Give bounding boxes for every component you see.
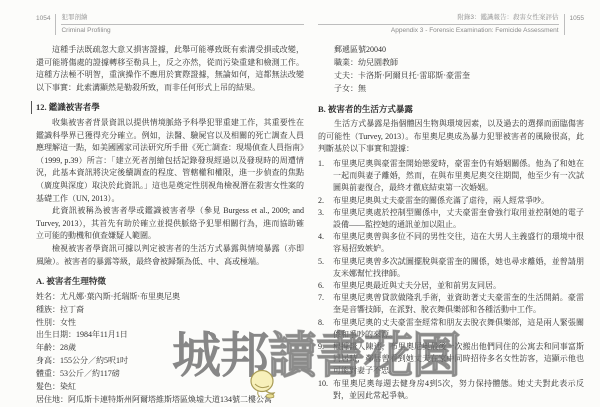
- left-running-head: 1054 犯罪剖繪 Criminal Profiling: [36, 14, 304, 35]
- victim-race-field: 種族：拉丁裔: [36, 304, 304, 317]
- section-12-heading: 12. 鑑識被害者學: [31, 101, 304, 114]
- list-item: 10.布里奧尼奧每週去健身房4到5次，努力保持體態。她丈夫對此表示反對，並因此常…: [318, 378, 584, 402]
- list-item-text: 布里奧尼奧曾多次試圖擺脫與豪雷奎的關係，她也尋求離婚，並曾請朋友米娜幫忙找律師。: [333, 256, 584, 280]
- list-item: 1.布里奧尼奧與豪雷奎開始戀愛時，豪雷奎仍有婚姻關係。他為了和她在一起而與妻子離…: [318, 158, 584, 195]
- paragraph: 檢視被害者學資訊可據以判定被害者的生活方式暴露與情境暴露（亦即風險）。被害者的暴…: [36, 243, 304, 268]
- victim-sex-field: 性別：女性: [36, 317, 304, 330]
- right-header-rule: [318, 24, 559, 25]
- left-body: 這種手法既疏忽大意又損害證據，此舉可能導致既有索溝受損或改變，還可能將傷處的證據…: [36, 44, 304, 407]
- list-item: 7.布里奧尼奧曾貸款做隆乳手術，並資助著丈夫豪雷奎的生活開銷。豪雷奎是音響技師，…: [318, 292, 584, 316]
- header-divider: [55, 14, 56, 35]
- page-right: 附錄3：鑑識報告：殺害女性案評估 Appendix 3 - Forensic E…: [318, 14, 584, 402]
- paragraph: 收集被害者背景資訊以提供情境脈絡予科學犯罪重建工作，其重要性在鑑識科學界已獲得充…: [36, 117, 304, 205]
- list-item: 3.布里奧尼奧處於控制型關係中，丈夫豪雷奎會強行取用並控制她的電子設備——監控她…: [318, 207, 584, 231]
- list-item-text: 布里奧尼奧與豪雷奎開始戀愛時，豪雷奎仍有婚姻關係。他為了和她在一起而與妻子離婚，…: [333, 158, 584, 195]
- paragraph: 此資訊被稱為被害者學或鑑識被害者學（參見 Burgess et al., 200…: [36, 205, 304, 243]
- victim-occupation-line: 職業：幼兒園教師: [334, 57, 584, 70]
- book-spread: 1054 犯罪剖繪 Criminal Profiling 這種手法既疏忽大意又損…: [0, 0, 600, 407]
- list-item-number: 1.: [318, 158, 333, 195]
- list-item-number: 5.: [318, 256, 333, 280]
- page-left: 1054 犯罪剖繪 Criminal Profiling 這種手法既疏忽大意又損…: [36, 14, 304, 407]
- left-header-title-zh: 犯罪剖繪: [61, 14, 87, 21]
- victim-age-field: 年齡：28歲: [36, 342, 304, 355]
- left-header-title-en: Criminal Profiling: [61, 27, 110, 34]
- list-item-number: 7.: [318, 292, 333, 316]
- list-item-text: 布里奧尼奧每週去健身房4到5次，努力保持體態。她丈夫對此表示反對，並因此常起爭執…: [333, 378, 584, 402]
- right-body: 郵遞區號20040 職業：幼兒園教師 丈夫：卡洛斯·阿爾貝托·雷耶斯·豪雷奎 子…: [318, 44, 584, 402]
- list-item: 2.布里奧尼奧與丈夫豪雷奎的關係充滿了虐待，兩人經常爭吵。: [318, 195, 584, 207]
- section-b-heading: B. 被害者的生活方式暴露: [318, 103, 584, 116]
- right-header-titles: 附錄3：鑑識報告：殺害女性案評估 Appendix 3 - Forensic E…: [318, 14, 559, 35]
- list-item-number: 10.: [318, 378, 333, 402]
- list-item: 5.布里奧尼奧曾多次試圖擺脫與豪雷奎的關係，她也尋求離婚，並曾請朋友米娜幫忙找律…: [318, 256, 584, 280]
- victim-husband-line: 丈夫：卡洛斯·阿爾貝托·雷耶斯·豪雷奎: [334, 70, 584, 83]
- left-header-rule: [61, 24, 304, 25]
- left-header-titles: 犯罪剖繪 Criminal Profiling: [61, 14, 304, 35]
- victim-children-line: 子女：無: [334, 83, 584, 96]
- victim-name-field: 姓名：尤凡娜·葉內斯·托瑞斯·布里奧尼奧: [36, 291, 304, 304]
- list-item-text: 布里奧尼奧曾與多位不同的男性交往，這在大男人主義盛行的環境中很容易招致嫉妒。: [333, 231, 584, 255]
- list-item-number: 9.: [318, 341, 333, 378]
- paragraph: 這種手法既疏忽大意又損害證據，此舉可能導致既有索溝受損或改變，還可能將傷處的證據…: [36, 44, 304, 94]
- right-header-title-en: Appendix 3 - Forensic Examination: Femic…: [391, 27, 559, 34]
- paragraph: 生活方式暴露是指個體因生物與環境因素，以及過去的選擇而面臨傷害的可能性（Turv…: [318, 118, 584, 156]
- list-item-number: 6.: [318, 280, 333, 292]
- right-header-title-zh: 附錄3：鑑識報告：殺害女性案評估: [457, 14, 558, 21]
- cite-chick-logo-icon: [246, 366, 282, 402]
- victim-dob-field: 出生日期：1984年11月1日: [36, 329, 304, 342]
- section-a-heading: A. 被害者生理特徵: [36, 275, 304, 288]
- list-item-text: 布里奧尼奧曾貸款做隆乳手術，並資助著丈夫豪雷奎的生活開銷。豪雷奎是音響技師，在派…: [333, 292, 584, 316]
- list-item-text: 布里奧尼奧最近與丈夫分居，並和前男友同居。: [333, 280, 584, 292]
- list-item-text: 布里奧尼奧與丈夫豪雷奎的關係充滿了虐待，兩人經常爭吵。: [333, 195, 584, 207]
- list-item: 8.布里奧尼奧的丈夫豪雷奎經常和朋友去脫衣舞俱樂部，這是兩人緊張關係和爭吵的來源…: [318, 317, 584, 341]
- list-item: 6.布里奧尼奧最近與丈夫分居，並和前男友同居。: [318, 280, 584, 292]
- list-item-text: 布里奧尼奧的丈夫豪雷奎經常和朋友去脫衣舞俱樂部，這是兩人緊張關係和爭吵的來源。: [333, 317, 584, 341]
- header-divider: [564, 14, 565, 35]
- right-page-number: 1055: [570, 14, 584, 35]
- list-item-number: 2.: [318, 195, 333, 207]
- list-item-number: 8.: [318, 317, 333, 341]
- list-item-text: 根據證人陳述，布里奧尼奧最後一次搬出他們同住的公寓去和同事富斯同居時，鄰居曾看到…: [333, 341, 584, 378]
- list-item-text: 布里奧尼奧處於控制型關係中，丈夫豪雷奎會強行取用並控制她的電子設備——監控她的通…: [333, 207, 584, 231]
- victim-zipcode-line: 郵遞區號20040: [334, 44, 584, 57]
- list-item-number: 4.: [318, 231, 333, 255]
- right-running-head: 附錄3：鑑識報告：殺害女性案評估 Appendix 3 - Forensic E…: [318, 14, 584, 35]
- left-page-number: 1054: [36, 14, 50, 35]
- list-item-number: 3.: [318, 207, 333, 231]
- list-item: 4.布里奧尼奧曾與多位不同的男性交往，這在大男人主義盛行的環境中很容易招致嫉妒。: [318, 231, 584, 255]
- list-item: 9.根據證人陳述，布里奧尼奧最後一次搬出他們同住的公寓去和同事富斯同居時，鄰居曾…: [318, 341, 584, 378]
- lifestyle-exposure-list: 1.布里奧尼奧與豪雷奎開始戀愛時，豪雷奎仍有婚姻關係。他為了和她在一起而與妻子離…: [318, 158, 584, 402]
